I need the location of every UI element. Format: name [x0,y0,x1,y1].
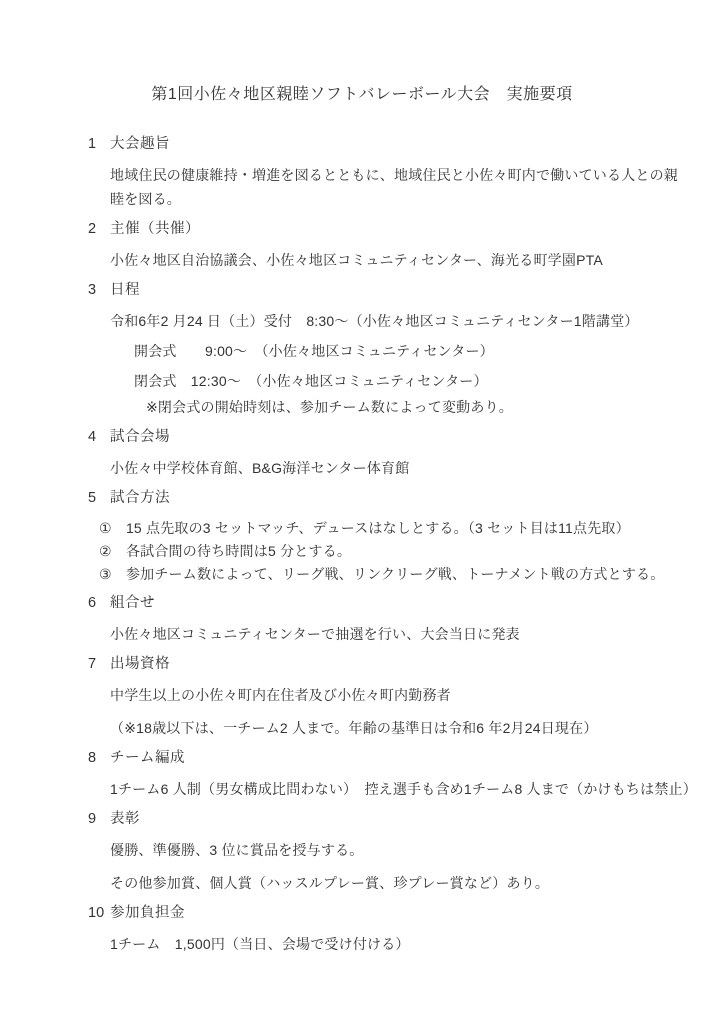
section-title: 参加負担金 [110,901,185,926]
section-heading: 9 表彰 [88,807,700,832]
numbered-item-3: ③ 参加チーム数によって、リーグ戦、リンクリーグ戦、トーナメント戦の方式とする。 [99,563,700,585]
section-heading: 7 出場資格 [88,652,700,677]
section-number: 10 [88,901,110,926]
section-heading: 4 試合会場 [88,425,700,450]
section-heading: 1 大会趣旨 [88,132,700,157]
section-shiai-kaijo: 4 試合会場 小佐々中学校体育館、B&G海洋センター体育館 [88,425,700,480]
paragraph: 優勝、準優勝、3 位に賞品を授与する。 [110,838,700,862]
section-shusai: 2 主催（共催） 小佐々地区自治協議会、小佐々地区コミュニティセンター、海光る町… [88,217,700,272]
schedule-closing-line: 閉会式 12:30～ （小佐々地区コミュニティセンター） [134,369,700,393]
paragraph: 地域住民の健康維持・増進を図るとともに、地域住民と小佐々町内で働いている人との親… [110,163,688,211]
section-title: 大会趣旨 [110,132,170,157]
section-nittei: 3 日程 令和6年2 月24 日（土）受付 8:30～（小佐々地区コミュニティセ… [88,278,700,419]
section-heading: 10 参加負担金 [88,901,700,926]
numbered-item-2: ② 各試合間の待ち時間は5 分とする。 [99,540,700,562]
paragraph: 中学生以上の小佐々町内在住者及び小佐々町内勤務者 [110,683,700,707]
paragraph: 小佐々地区コミュニティセンターで抽選を行い、大会当日に発表 [110,622,700,646]
paragraph-note: （※18歳以下は、一チーム2 人まで。年齢の基準日は令和6 年2月24日現在） [110,716,700,740]
section-title: 出場資格 [110,652,170,677]
section-heading: 3 日程 [88,278,700,303]
section-title: 試合方法 [110,486,170,511]
section-heading: 6 組合せ [88,591,700,616]
section-number: 2 [88,217,110,242]
section-shutsujo-shikaku: 7 出場資格 中学生以上の小佐々町内在住者及び小佐々町内勤務者 （※18歳以下は… [88,652,700,740]
section-title: 日程 [110,278,140,303]
paragraph: 1チーム 1,500円（当日、会場で受け付ける） [110,932,700,956]
section-hyosho: 9 表彰 優勝、準優勝、3 位に賞品を授与する。 その他参加賞、個人賞（ハッスル… [88,807,700,895]
paragraph: 小佐々中学校体育館、B&G海洋センター体育館 [110,456,700,480]
section-heading: 8 チーム編成 [88,746,700,771]
document-page: 第1回小佐々地区親睦ソフトバレーボール大会 実施要項 1 大会趣旨 地域住民の健… [0,0,724,1024]
section-number: 5 [88,486,110,511]
section-number: 9 [88,807,110,832]
section-shiai-hoho: 5 試合方法 ① 15 点先取の3 セットマッチ、デュースはなしとする。（3 セ… [88,486,700,585]
section-title: 表彰 [110,807,140,832]
paragraph: 1チーム6 人制（男女構成比問わない） 控え選手も含め1チーム8 人まで（かけも… [110,777,700,801]
paragraph: 小佐々地区自治協議会、小佐々地区コミュニティセンター、海光る町学園PTA [110,248,700,272]
section-heading: 2 主催（共催） [88,217,700,242]
section-number: 4 [88,425,110,450]
section-title: チーム編成 [110,746,185,771]
section-kumiawase: 6 組合せ 小佐々地区コミュニティセンターで抽選を行い、大会当日に発表 [88,591,700,646]
section-number: 6 [88,591,110,616]
schedule-date-line: 令和6年2 月24 日（土）受付 8:30～（小佐々地区コミュニティセンター1階… [110,309,700,333]
paragraph: その他参加賞、個人賞（ハッスルプレー賞、珍プレー賞など）あり。 [110,871,700,895]
section-title: 組合せ [110,591,155,616]
numbered-item-1: ① 15 点先取の3 セットマッチ、デュースはなしとする。（3 セット目は11点… [99,517,700,539]
document-title: 第1回小佐々地区親睦ソフトバレーボール大会 実施要項 [56,84,668,106]
section-number: 8 [88,746,110,771]
section-taikai-shushi: 1 大会趣旨 地域住民の健康維持・増進を図るとともに、地域住民と小佐々町内で働い… [88,132,700,211]
section-heading: 5 試合方法 [88,486,700,511]
section-sanka-futankin: 10 参加負担金 1チーム 1,500円（当日、会場で受け付ける） [88,901,700,956]
schedule-note: ※閉会式の開始時刻は、参加チーム数によって変動あり。 [146,395,700,419]
section-number: 1 [88,132,110,157]
section-team-hensei: 8 チーム編成 1チーム6 人制（男女構成比問わない） 控え選手も含め1チーム8… [88,746,700,801]
section-title: 試合会場 [110,425,170,450]
section-number: 3 [88,278,110,303]
section-title: 主催（共催） [110,217,200,242]
schedule-opening-line: 開会式 9:00～ （小佐々地区コミュニティセンター） [134,339,700,363]
section-number: 7 [88,652,110,677]
